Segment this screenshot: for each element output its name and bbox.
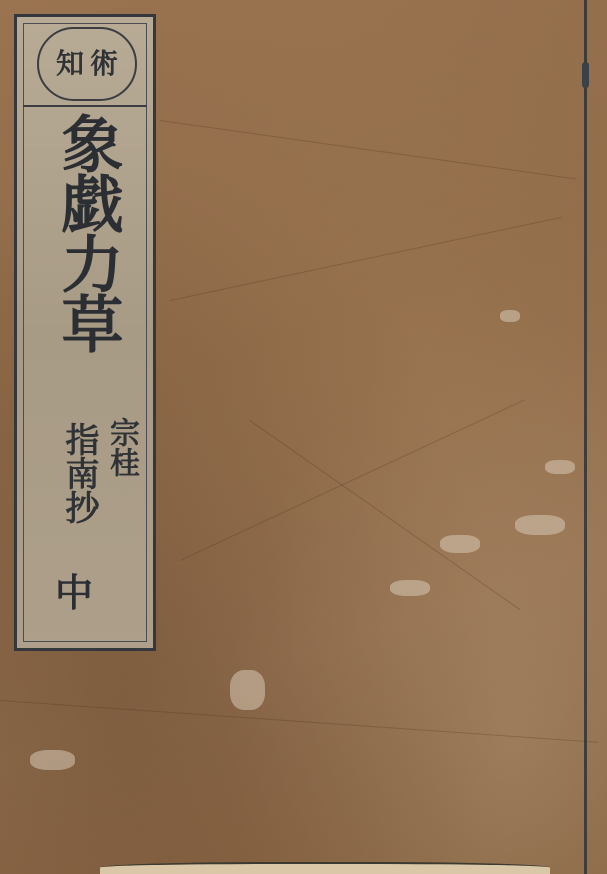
torn-bottom-edge bbox=[100, 862, 550, 874]
crease bbox=[160, 120, 576, 179]
cartouche-char: 知 bbox=[56, 50, 84, 78]
main-title: 象戯力草 bbox=[47, 112, 127, 352]
binding-knot bbox=[582, 62, 589, 88]
worn-spot bbox=[30, 750, 75, 770]
cartouche: 知 術 bbox=[37, 27, 137, 101]
worn-spot bbox=[500, 310, 520, 322]
crease bbox=[0, 700, 599, 743]
slip-divider bbox=[23, 105, 147, 107]
title-slip: 知 術 象戯力草 宗桂 指南抄 中 bbox=[14, 14, 156, 651]
binding-thread bbox=[584, 0, 587, 874]
volume-mark: 中 bbox=[55, 562, 93, 617]
cartouche-char: 術 bbox=[90, 50, 118, 78]
worn-spot bbox=[545, 460, 575, 474]
worn-spot bbox=[515, 515, 565, 535]
subtitle: 指南抄 bbox=[55, 422, 104, 524]
crease bbox=[170, 217, 561, 301]
book-cover: 知 術 象戯力草 宗桂 指南抄 中 bbox=[0, 0, 607, 874]
worn-spot bbox=[440, 535, 480, 553]
crease bbox=[249, 420, 520, 610]
subtitle-author: 宗桂 bbox=[99, 417, 143, 477]
worn-spot bbox=[230, 670, 265, 710]
worn-spot bbox=[390, 580, 430, 596]
